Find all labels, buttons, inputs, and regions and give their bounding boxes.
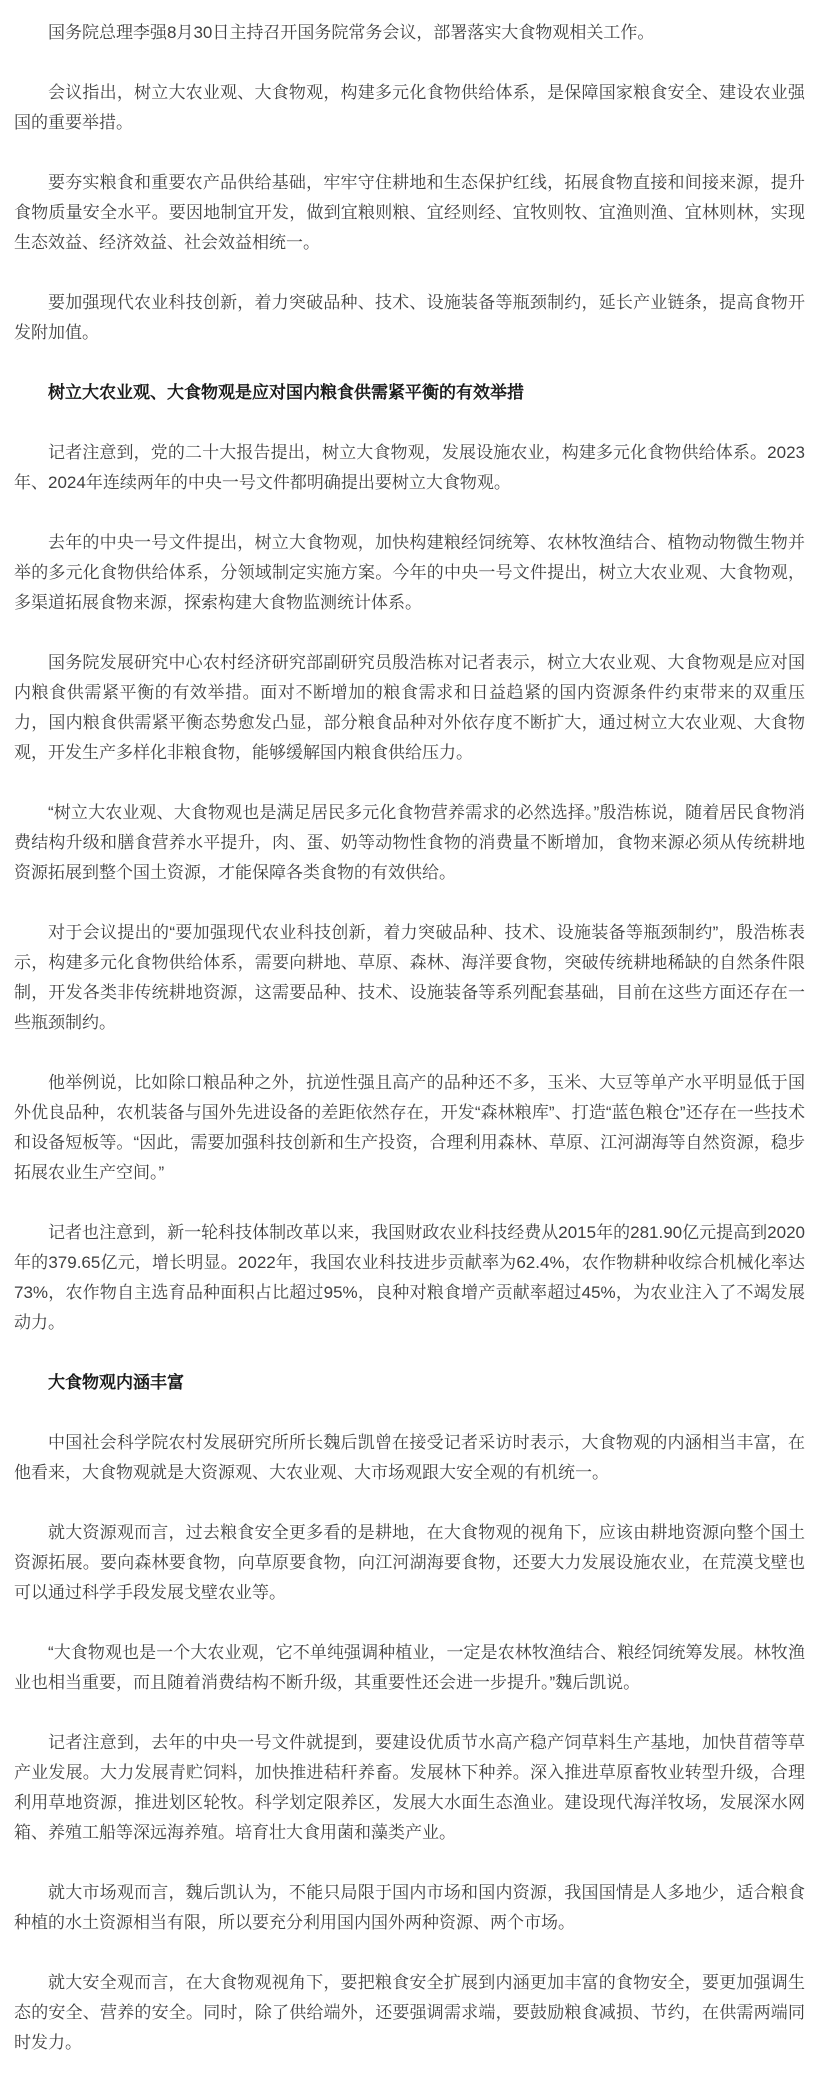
article-paragraph: 就大市场观而言，魏后凯认为，不能只局限于国内市场和国内资源，我国国情是人多地少，… — [14, 1878, 805, 1938]
article-paragraph: 会议指出，树立大农业观、大食物观，构建多元化食物供给体系，是保障国家粮食安全、建… — [14, 78, 805, 138]
article-paragraph: 国务院总理李强8月30日主持召开国务院常务会议，部署落实大食物观相关工作。 — [14, 18, 805, 48]
section-heading: 大食物观内涵丰富 — [14, 1368, 805, 1398]
article-paragraph: 要夯实粮食和重要农产品供给基础，牢牢守住耕地和生态保护红线，拓展食物直接和间接来… — [14, 168, 805, 258]
article-paragraph: 记者注意到，去年的中央一号文件就提到，要建设优质节水高产稳产饲草料生产基地，加快… — [14, 1728, 805, 1848]
article-paragraph: 国务院发展研究中心农村经济研究部副研究员殷浩栋对记者表示，树立大农业观、大食物观… — [14, 648, 805, 768]
article-paragraph: 就大安全观而言，在大食物观视角下，要把粮食安全扩展到内涵更加丰富的食物安全，要更… — [14, 1968, 805, 2058]
article-paragraph: 对于会议提出的“要加强现代农业科技创新，着力突破品种、技术、设施装备等瓶颈制约”… — [14, 918, 805, 1038]
article-paragraph: 中国社会科学院农村发展研究所所长魏后凯曾在接受记者采访时表示，大食物观的内涵相当… — [14, 1428, 805, 1488]
article-paragraph: 记者注意到，党的二十大报告提出，树立大食物观，发展设施农业，构建多元化食物供给体… — [14, 438, 805, 498]
article-paragraph: 去年的中央一号文件提出，树立大食物观，加快构建粮经饲统筹、农林牧渔结合、植物动物… — [14, 528, 805, 618]
article-body: 国务院总理李强8月30日主持召开国务院常务会议，部署落实大食物观相关工作。会议指… — [0, 0, 819, 2090]
article-paragraph: 记者也注意到，新一轮科技体制改革以来，我国财政农业科技经费从2015年的281.… — [14, 1218, 805, 1338]
article-paragraph: 要加强现代农业科技创新，着力突破品种、技术、设施装备等瓶颈制约，延长产业链条，提… — [14, 288, 805, 348]
article-paragraph: “树立大农业观、大食物观也是满足居民多元化食物营养需求的必然选择。”殷浩栋说，随… — [14, 798, 805, 888]
article-paragraph: 就大资源观而言，过去粮食安全更多看的是耕地，在大食物观的视角下，应该由耕地资源向… — [14, 1518, 805, 1608]
article-paragraph: 他举例说，比如除口粮品种之外，抗逆性强且高产的品种还不多，玉米、大豆等单产水平明… — [14, 1068, 805, 1188]
section-heading: 树立大农业观、大食物观是应对国内粮食供需紧平衡的有效举措 — [14, 378, 805, 408]
article-paragraph: “大食物观也是一个大农业观，它不单纯强调种植业，一定是农林牧渔结合、粮经饲统筹发… — [14, 1638, 805, 1698]
